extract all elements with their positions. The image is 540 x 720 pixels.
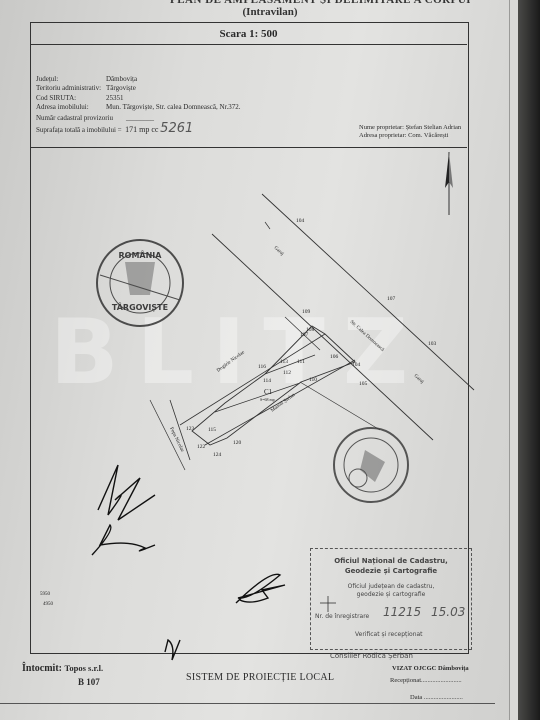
- svg-text:112: 112: [283, 370, 291, 376]
- visa-label: VIZAT OJCGC Dâmbovița: [392, 665, 469, 672]
- svg-text:113: 113: [280, 359, 288, 365]
- svg-text:4950: 4950: [43, 602, 54, 607]
- svg-text:Garaj: Garaj: [413, 374, 425, 385]
- ocpi-stamp-box: Oficiul Național de Cadastru, Geodezie ș…: [310, 548, 472, 650]
- receptionat-field: Recepționat.........................: [390, 677, 462, 684]
- svg-text:124: 124: [213, 452, 222, 458]
- svg-text:Str. Calea Domnească: Str. Calea Domnească: [349, 320, 386, 354]
- svg-text:Garaj: Garaj: [273, 246, 285, 257]
- svg-text:109: 109: [302, 309, 311, 315]
- svg-text:107: 107: [300, 332, 309, 338]
- footer-code: B 107: [78, 677, 100, 687]
- svg-text:115: 115: [208, 427, 216, 433]
- registration-number: 11215: [383, 605, 421, 619]
- svg-text:S=68 mp: S=68 mp: [260, 397, 275, 402]
- date-field: Data ........................: [410, 694, 463, 701]
- svg-text:116: 116: [258, 364, 266, 370]
- svg-text:ROMÂNIA: ROMÂNIA: [119, 249, 163, 260]
- svg-text:Dogărie Nicolae: Dogărie Nicolae: [216, 350, 246, 374]
- notary-stamp: ROMÂNIA TÂRGOVIȘTE: [97, 240, 183, 326]
- intocmit-label: Întocmit: Topos s.r.l.: [22, 663, 103, 674]
- svg-text:111: 111: [297, 359, 305, 365]
- consilier-name: Consilier Rodica Șerban: [330, 652, 413, 660]
- svg-text:106: 106: [330, 354, 339, 360]
- svg-text:104: 104: [352, 362, 361, 368]
- bottom-rule: [0, 703, 495, 704]
- registration-date: 15.03: [431, 605, 465, 619]
- svg-text:107: 107: [387, 296, 396, 302]
- svg-text:105: 105: [359, 381, 368, 387]
- svg-text:123: 123: [186, 426, 195, 432]
- svg-text:5950: 5950: [40, 592, 51, 597]
- signature: [92, 465, 285, 660]
- svg-text:114: 114: [263, 378, 271, 384]
- svg-text:TÂRGOVIȘTE: TÂRGOVIȘTE: [112, 301, 168, 313]
- svg-text:104: 104: [296, 218, 305, 224]
- svg-text:120: 120: [233, 440, 242, 446]
- svg-text:C1: C1: [264, 388, 273, 396]
- ocpi-round-stamp: [334, 428, 408, 502]
- svg-text:122: 122: [197, 444, 206, 450]
- north-arrow-icon: [445, 152, 453, 215]
- svg-text:Popa Nicolae: Popa Nicolae: [168, 427, 185, 454]
- projection-system: SISTEM DE PROIECȚIE LOCAL: [186, 672, 334, 683]
- svg-text:110: 110: [309, 377, 317, 383]
- svg-text:103: 103: [428, 341, 437, 347]
